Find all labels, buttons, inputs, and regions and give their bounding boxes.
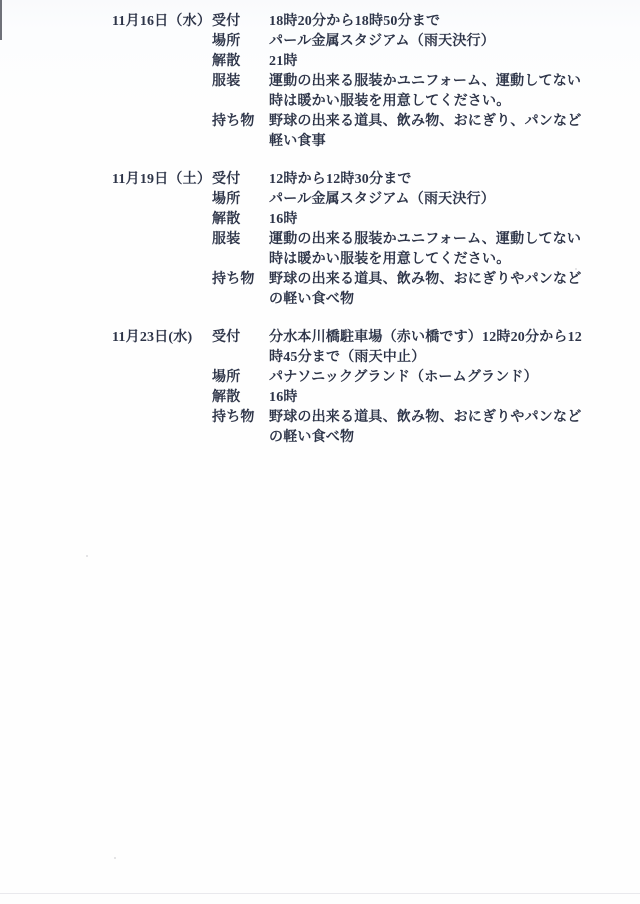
schedule-row: 持ち物 野球の出来る道具、飲み物、おにぎりやパンなどの軽い食べ物 (112, 270, 593, 310)
field-value: 16時 (269, 210, 593, 230)
field-label: 場所 (212, 368, 269, 388)
field-value: パナソニックグランド（ホームグランド） (269, 368, 593, 388)
schedule-row: 場所 パナソニックグランド（ホームグランド） (112, 368, 593, 388)
field-label: 持ち物 (212, 270, 269, 290)
field-value: 12時から12時30分まで (269, 170, 593, 190)
entry-date: 11月19日（土） (112, 170, 212, 190)
field-value: パール金属スタジアム（雨天決行） (269, 32, 593, 52)
field-value: 野球の出来る道具、飲み物、おにぎりやパンなどの軽い食べ物 (269, 408, 593, 448)
entry-date: 11月23日(水) (112, 328, 212, 348)
field-value: 運動の出来る服装かユニフォーム、運動してない時は暖かい服装を用意してください。 (269, 230, 593, 270)
field-label: 持ち物 (212, 408, 269, 428)
field-label: 服装 (212, 72, 269, 92)
field-label: 場所 (212, 32, 269, 52)
field-value: 18時20分から18時50分まで (269, 12, 593, 32)
field-label: 受付 (212, 170, 269, 190)
schedule-row: 服装 運動の出来る服装かユニフォーム、運動してない時は暖かい服装を用意してくださ… (112, 230, 593, 270)
schedule-row: 解散 16時 (112, 388, 593, 408)
entry-date: 11月16日（水） (112, 12, 212, 32)
field-label: 受付 (212, 328, 269, 348)
field-label: 持ち物 (212, 112, 269, 132)
scan-speck (575, 268, 577, 270)
field-label: 場所 (212, 190, 269, 210)
field-value: 分水本川橋駐車場（赤い橋です）12時20分から12時45分まで（雨天中止） (269, 328, 593, 368)
field-value: パール金属スタジアム（雨天決行） (269, 190, 593, 210)
scanned-page: 11月16日（水） 受付 18時20分から18時50分まで 場所 パール金属スタ… (0, 0, 640, 904)
schedule-row: 11月16日（水） 受付 18時20分から18時50分まで (112, 12, 593, 32)
field-label: 受付 (212, 12, 269, 32)
field-value: 21時 (269, 52, 593, 72)
schedule-row: 解散 16時 (112, 210, 593, 230)
schedule-row: 持ち物 野球の出来る道具、飲み物、おにぎりやパンなどの軽い食べ物 (112, 408, 593, 448)
schedule-row: 服装 運動の出来る服装かユニフォーム、運動してない時は暖かい服装を用意してくださ… (112, 72, 593, 112)
schedule-row: 11月19日（土） 受付 12時から12時30分まで (112, 170, 593, 190)
schedule-row: 持ち物 野球の出来る道具、飲み物、おにぎり、パンなど軽い食事 (112, 112, 593, 152)
schedule-row: 場所 パール金属スタジアム（雨天決行） (112, 190, 593, 210)
field-value: 野球の出来る道具、飲み物、おにぎり、パンなど軽い食事 (269, 112, 593, 152)
scan-edge-artifact (0, 893, 640, 894)
field-value: 運動の出来る服装かユニフォーム、運動してない時は暖かい服装を用意してください。 (269, 72, 593, 112)
field-label: 解散 (212, 210, 269, 230)
scan-speck (114, 857, 116, 859)
schedule-entry: 11月16日（水） 受付 18時20分から18時50分まで 場所 パール金属スタ… (112, 12, 593, 152)
schedule-entry: 11月19日（土） 受付 12時から12時30分まで 場所 パール金属スタジアム… (112, 170, 593, 310)
schedule-document: 11月16日（水） 受付 18時20分から18時50分まで 場所 パール金属スタ… (112, 12, 593, 466)
field-label: 解散 (212, 388, 269, 408)
scan-speck (86, 555, 88, 557)
schedule-row: 11月23日(水) 受付 分水本川橋駐車場（赤い橋です）12時20分から12時4… (112, 328, 593, 368)
schedule-row: 場所 パール金属スタジアム（雨天決行） (112, 32, 593, 52)
field-label: 解散 (212, 52, 269, 72)
scan-edge-artifact (0, 0, 2, 40)
schedule-entry: 11月23日(水) 受付 分水本川橋駐車場（赤い橋です）12時20分から12時4… (112, 328, 593, 448)
field-value: 16時 (269, 388, 593, 408)
field-label: 服装 (212, 230, 269, 250)
schedule-row: 解散 21時 (112, 52, 593, 72)
field-value: 野球の出来る道具、飲み物、おにぎりやパンなどの軽い食べ物 (269, 270, 593, 310)
